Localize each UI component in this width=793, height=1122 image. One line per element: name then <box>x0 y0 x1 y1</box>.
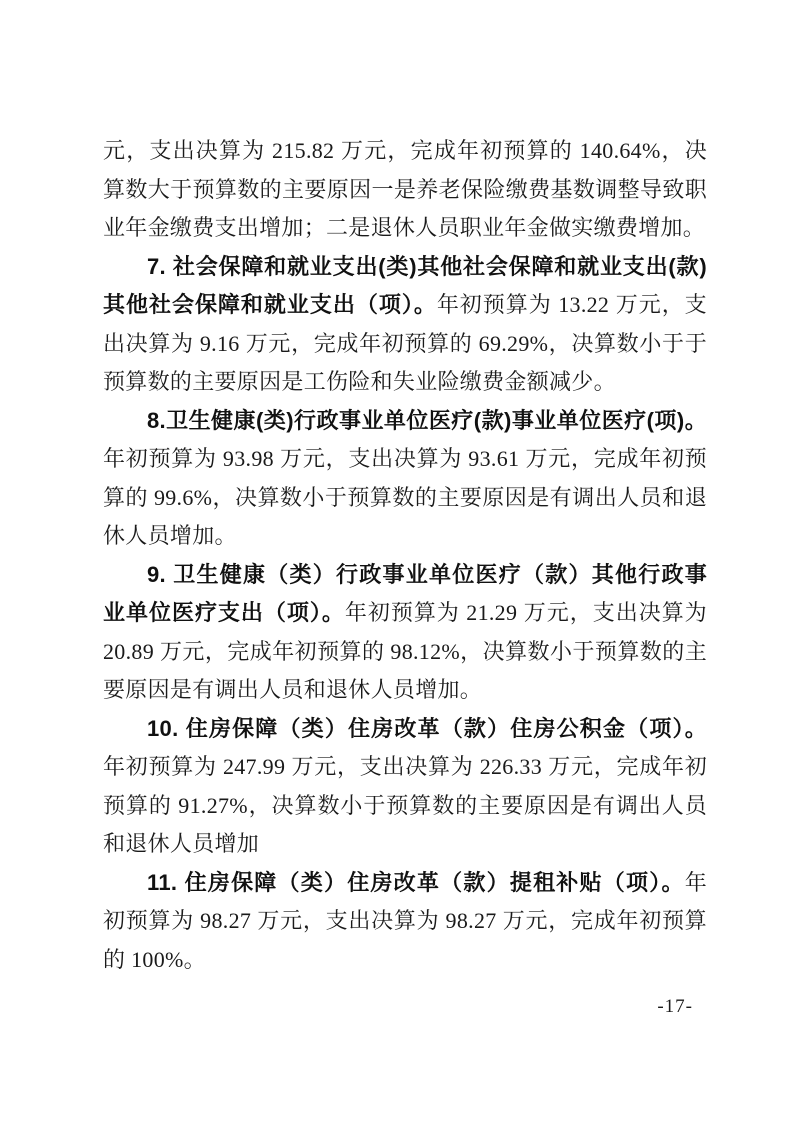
paragraph: 7. 社会保障和就业支出(类)其他社会保障和就业支出(款)其他社会保障和就业支出… <box>103 248 707 402</box>
paragraph-body: 年初预算为 247.99 万元，支出决算为 226.33 万元，完成年初预算的 … <box>103 754 707 856</box>
paragraph: 元，支出决算为 215.82 万元，完成年初预算的 140.64%，决算数大于预… <box>103 132 707 248</box>
paragraph-heading: 10. 住房保障（类）住房改革（款）住房公积金（项）。 <box>147 716 707 741</box>
document-page: 元，支出决算为 215.82 万元，完成年初预算的 140.64%，决算数大于预… <box>0 0 793 1122</box>
paragraph-heading: 11. 住房保障（类）住房改革（款）提租补贴（项）。 <box>147 870 685 895</box>
paragraph-body: 元，支出决算为 215.82 万元，完成年初预算的 140.64%，决算数大于预… <box>103 138 707 240</box>
paragraph: 9. 卫生健康（类）行政事业单位医疗（款）其他行政事业单位医疗支出（项）。年初预… <box>103 556 707 710</box>
page-number: -17- <box>657 996 693 1018</box>
paragraph-body: 年初预算为 93.98 万元，支出决算为 93.61 万元，完成年初预算的 99… <box>103 446 707 548</box>
paragraph: 8.卫生健康(类)行政事业单位医疗(款)事业单位医疗(项)。年初预算为 93.9… <box>103 402 707 556</box>
document-content: 元，支出决算为 215.82 万元，完成年初预算的 140.64%，决算数大于预… <box>103 132 707 979</box>
paragraph: 11. 住房保障（类）住房改革（款）提租补贴（项）。年初预算为 98.27 万元… <box>103 864 707 980</box>
paragraph: 10. 住房保障（类）住房改革（款）住房公积金（项）。年初预算为 247.99 … <box>103 710 707 864</box>
paragraph-heading: 8.卫生健康(类)行政事业单位医疗(款)事业单位医疗(项)。 <box>147 408 707 433</box>
